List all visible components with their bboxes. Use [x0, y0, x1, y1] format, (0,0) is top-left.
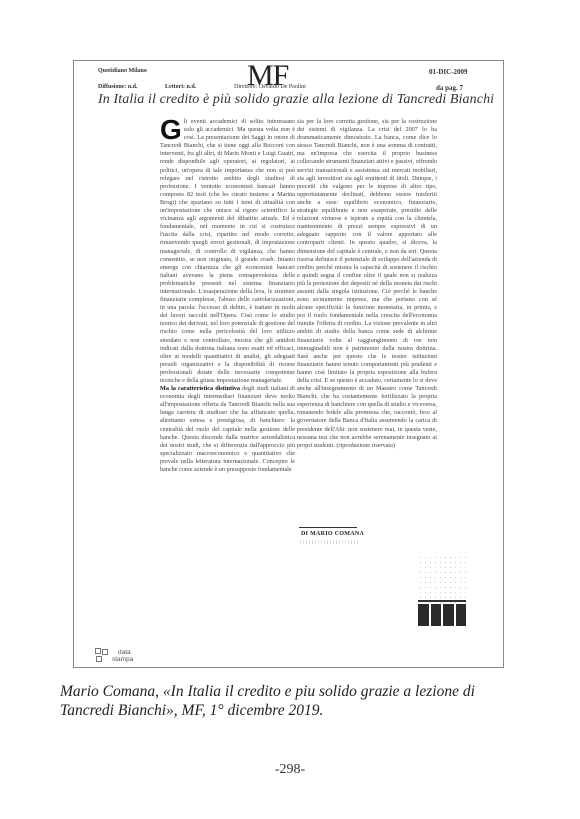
barcode-icon: [418, 600, 466, 626]
logo-line-2: stampa: [112, 656, 133, 663]
byline-dots: [300, 540, 360, 544]
director-label: Direttore: Osvaldo De Paolini: [234, 84, 306, 90]
diffusion-label: Diffusione: n.d.: [98, 84, 138, 90]
column-2-text: sia per la loro corretta gestione, sia p…: [297, 118, 437, 449]
byline: DI MARIO COMANA: [301, 531, 364, 537]
readers-label: Lettori: n.d.: [165, 84, 196, 90]
figure-caption: Mario Comana, «In Italia il credito e pi…: [60, 682, 530, 720]
page-reference: da pag. 7: [436, 84, 463, 92]
bold-lead: Ma la caratteristica distintiva: [160, 385, 240, 392]
source-line: Quotidiano Milano: [98, 68, 147, 74]
datastampa-logo: data stampa: [95, 648, 133, 664]
datastampa-squares-icon: [95, 648, 109, 664]
column-1-text: li eventi accademici di solito interessa…: [160, 118, 295, 384]
byline-rule: [299, 527, 357, 528]
page-number: -298-: [0, 762, 580, 778]
article-column-2: sia per la loro corretta gestione, sia p…: [297, 118, 437, 523]
drop-cap: G: [160, 119, 182, 141]
issue-date: 01-DIC-2009: [429, 68, 468, 76]
logo-line-1: data: [112, 649, 133, 656]
column-1-text-2: degli studi italiani di economia degli i…: [160, 385, 295, 473]
photo-thumbnail: [418, 555, 466, 603]
article-headline: In Italia il credito è più solido grazie…: [98, 92, 498, 108]
article-column-1: G li eventi accademici di solito interes…: [160, 118, 295, 588]
